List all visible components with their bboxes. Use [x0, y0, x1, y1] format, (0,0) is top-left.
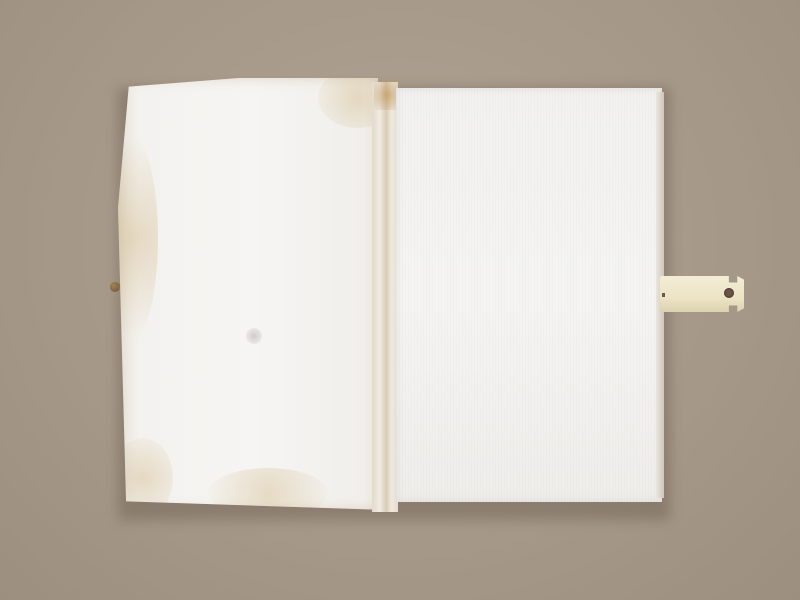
right-page	[396, 88, 662, 502]
page-spot	[246, 328, 262, 344]
page-texture	[396, 88, 662, 502]
photo-scene: Open blank book with worn, stained pages…	[0, 0, 800, 600]
left-page	[118, 78, 386, 510]
clasp-hole	[724, 288, 734, 298]
page-stain	[108, 138, 158, 338]
clasp-rivet	[662, 293, 665, 297]
book-spine	[372, 82, 398, 512]
